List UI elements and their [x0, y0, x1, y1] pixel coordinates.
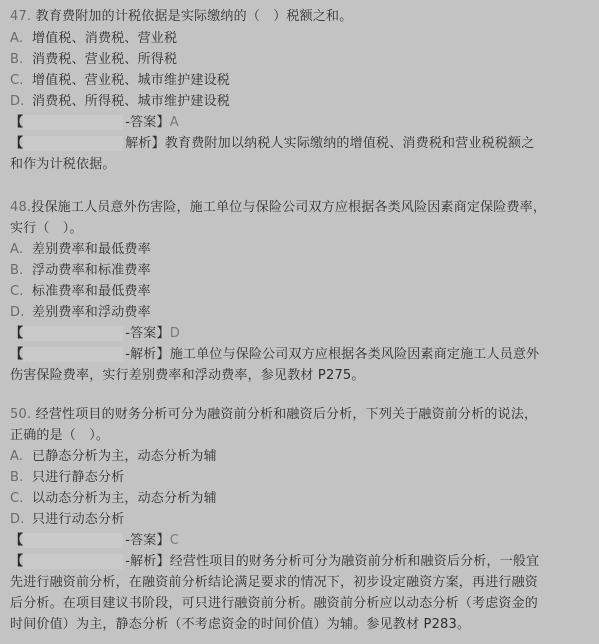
- question-48-stem: 48.投保施工人员意外伤害险，施工单位与保险公司双方应根据各类风险因素商定保险费…: [10, 198, 546, 218]
- option-text: 浮动费率和标准费率: [32, 263, 151, 278]
- question-50-stem: 50. 经营性项目的财务分析可分为融资前分析和融资后分析，下列关于融资前分析的说…: [10, 405, 537, 425]
- option-letter: D.: [10, 92, 32, 112]
- answer-value: C: [170, 533, 179, 548]
- option-b: B.只进行静态分析: [10, 468, 124, 488]
- option-d: D.消费税、所得税、城市维护建设税: [10, 92, 230, 112]
- answer-line: 【-答案】D: [10, 324, 180, 344]
- option-text: 增值税、消费税、营业税: [32, 31, 177, 46]
- option-b: B.消费税、营业税、所得税: [10, 50, 177, 70]
- option-a: A.差别费率和最低费率: [10, 240, 151, 260]
- question-number: 50.: [10, 407, 31, 422]
- option-text: 标准费率和最低费率: [32, 284, 151, 299]
- bracket-open: 【: [10, 326, 23, 341]
- redacted-blank: [23, 554, 123, 569]
- analysis-line: 【解析】教育费附加以纳税人实际缴纳的增值税、消费税和营业税税额之: [10, 134, 534, 154]
- answer-value: D: [170, 326, 180, 341]
- question-text: 经营性项目的财务分析可分为融资前分析和融资后分析，下列关于融资前分析的说法，: [36, 407, 538, 422]
- option-letter: B.: [10, 261, 32, 281]
- option-letter: A.: [10, 29, 32, 49]
- bracket-open: 【: [10, 115, 23, 130]
- answer-line: 【-答案】A: [10, 113, 179, 133]
- redacted-blank: [23, 347, 123, 362]
- option-d: D.只进行动态分析: [10, 510, 124, 530]
- answer-label: -答案】: [125, 533, 170, 548]
- question-text: 投保施工人员意外伤害险，施工单位与保险公司双方应根据各类风险因素商定保险费率，: [31, 200, 546, 215]
- analysis-continuation: 和作为计税依据。: [10, 155, 116, 175]
- answer-label: -答案】: [125, 115, 170, 130]
- analysis-continuation: 伤害保险费率，实行差别费率和浮动费率，参见教材 P275。: [10, 366, 365, 386]
- option-text: 只进行静态分析: [32, 470, 124, 485]
- bracket-open: 【: [10, 136, 23, 151]
- analysis-label: -解析】: [125, 554, 170, 569]
- analysis-text: 施工单位与保险公司双方应根据各类风险因素商定施工人员意外: [170, 347, 540, 362]
- option-text: 以动态分析为主，动态分析为辅: [32, 491, 217, 506]
- option-c: C.增值税、营业税、城市维护建设税: [10, 71, 230, 91]
- option-text: 消费税、所得税、城市维护建设税: [32, 94, 230, 109]
- analysis-text: 经营性项目的财务分析可分为融资前分析和融资后分析，一般宜: [170, 554, 540, 569]
- option-text: 只进行动态分析: [32, 512, 124, 527]
- question-50-stem-cont: 正确的是（ ）。: [10, 426, 109, 446]
- bracket-open: 【: [10, 554, 23, 569]
- question-text: 教育费附加的计税依据是实际缴纳的（ ）税额之和。: [36, 9, 353, 24]
- analysis-continuation: 后分析。在项目建议书阶段，可只进行融资前分析。融资前分析应以动态分析（考虑资金的: [10, 594, 538, 614]
- redacted-blank: [23, 136, 123, 151]
- option-letter: C.: [10, 489, 32, 509]
- option-a: A.增值税、消费税、营业税: [10, 29, 177, 49]
- question-number: 48.: [10, 200, 31, 215]
- question-47-stem: 47. 教育费附加的计税依据是实际缴纳的（ ）税额之和。: [10, 7, 352, 27]
- option-c: C.以动态分析为主，动态分析为辅: [10, 489, 217, 509]
- option-a: A.已静态分析为主，动态分析为辅: [10, 447, 217, 467]
- option-letter: D.: [10, 303, 32, 323]
- option-text: 已静态分析为主，动态分析为辅: [32, 449, 217, 464]
- option-letter: C.: [10, 71, 32, 91]
- bracket-open: 【: [10, 347, 23, 362]
- option-text: 消费税、营业税、所得税: [32, 52, 177, 67]
- analysis-label: -解析】: [125, 347, 170, 362]
- option-text: 差别费率和最低费率: [32, 242, 151, 257]
- question-number: 47.: [10, 9, 31, 24]
- analysis-continuation: 时间价值）为主，静态分析（不考虑资金的时间价值）为辅。参见教材 P283。: [10, 615, 470, 635]
- option-letter: C.: [10, 282, 32, 302]
- redacted-blank: [23, 533, 123, 548]
- answer-value: A: [170, 115, 179, 130]
- redacted-blank: [23, 115, 123, 130]
- option-b: B.浮动费率和标准费率: [10, 261, 151, 281]
- question-48-stem-cont: 实行（ ）。: [10, 219, 83, 239]
- option-letter: A.: [10, 447, 32, 467]
- redacted-blank: [23, 326, 123, 341]
- bracket-open: 【: [10, 533, 23, 548]
- option-letter: B.: [10, 468, 32, 488]
- option-letter: A.: [10, 240, 32, 260]
- analysis-continuation: 先进行融资前分析，在融资前分析结论满足要求的情况下，初步设定融资方案，再进行融资: [10, 573, 538, 593]
- option-text: 增值税、营业税、城市维护建设税: [32, 73, 230, 88]
- option-text: 差别费率和浮动费率: [32, 305, 151, 320]
- analysis-line: 【-解析】施工单位与保险公司双方应根据各类风险因素商定施工人员意外: [10, 345, 539, 365]
- option-letter: B.: [10, 50, 32, 70]
- option-letter: D.: [10, 510, 32, 530]
- answer-line: 【-答案】C: [10, 531, 179, 551]
- analysis-label: 解析】: [125, 136, 165, 151]
- analysis-line: 【-解析】经营性项目的财务分析可分为融资前分析和融资后分析，一般宜: [10, 552, 539, 572]
- option-d: D.差别费率和浮动费率: [10, 303, 151, 323]
- analysis-text: 教育费附加以纳税人实际缴纳的增值税、消费税和营业税税额之: [165, 136, 535, 151]
- option-c: C.标准费率和最低费率: [10, 282, 151, 302]
- answer-label: -答案】: [125, 326, 170, 341]
